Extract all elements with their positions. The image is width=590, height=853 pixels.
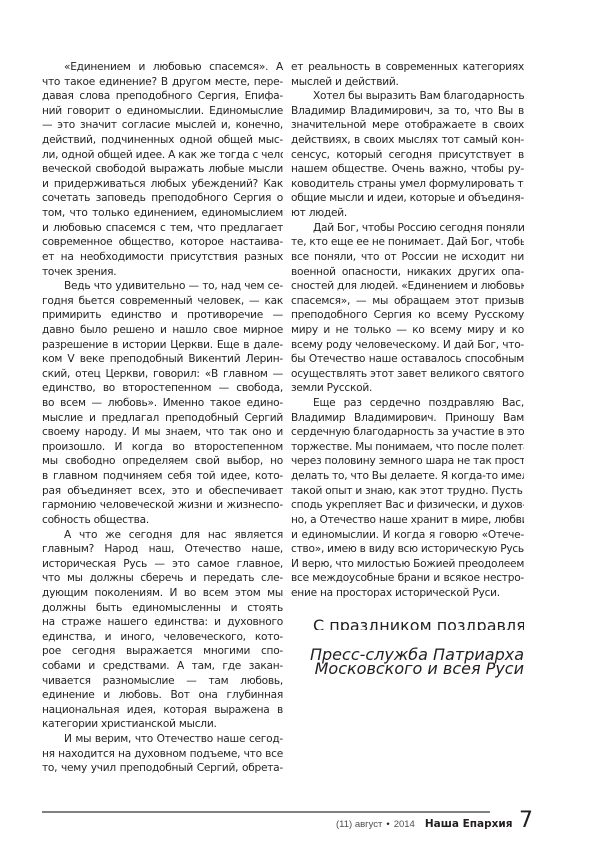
text-line: мыслей и действий.	[291, 75, 524, 90]
text-line: сподь укрепляет Вас и физически, и духов…	[291, 498, 524, 513]
text-line: категории христианской мысли.	[42, 717, 283, 732]
text-line: сностей для людей. «Единением и любовью	[291, 279, 524, 294]
text-line: спасемся», — мы обращаем этот призыв	[291, 294, 524, 309]
text-line: единство, во второстепенном — свобода,	[42, 381, 283, 396]
text-line: всему роду человеческому. И дай Бог, что…	[291, 338, 524, 353]
text-line: национальная идея, которая выражена в	[42, 703, 283, 718]
text-line: давно было решено и нашло свое мирное	[42, 323, 283, 338]
text-line: современное общество, которое настаива-	[42, 235, 283, 250]
text-line: рое сегодня выражается многими спо-	[42, 644, 283, 659]
text-line: ководитель страны умел формулировать те	[291, 177, 524, 192]
text-line: преподобного Сергия ко всему Русскому	[291, 308, 524, 323]
text-line: ют людей.	[291, 206, 524, 221]
text-line: все междоусобные брани и всякое нестро-	[291, 571, 524, 586]
footer-issue: (11) август	[336, 819, 382, 830]
text-line: годня бьется современный человек, — как	[42, 294, 283, 309]
text-line: Хотел бы выразить Вам благодарность,	[291, 89, 524, 104]
text-line: нашем обществе. Очень важно, чтобы ру-	[291, 162, 524, 177]
text-line: во всем — любовь». Именно такое едино-	[42, 396, 283, 411]
text-line: на страже нашего единства: и духовного	[42, 615, 283, 630]
text-line: Ведь что удивительно — то, над чем се-	[42, 279, 283, 294]
text-line: общие мысли и идеи, которые и объединя-	[291, 191, 524, 206]
greeting-line: С праздником поздравляю вас!	[291, 616, 524, 631]
text-line: в главном подчиняем себя той идее, кото-	[42, 469, 283, 484]
text-line: военной опасности, никаких других опа-	[291, 265, 524, 280]
text-line: то, чему учил преподобный Сергий, обрета…	[42, 761, 283, 776]
article-closing: С праздником поздравляю вас! Пресс-служб…	[291, 616, 524, 674]
text-line: Дай Бог, чтобы Россию сегодня поняли	[291, 221, 524, 236]
text-line: сочетать заповедь преподобного Сергия о	[42, 191, 283, 206]
text-line: единение и любовь. Вот она глубинная	[42, 688, 283, 703]
text-line: торжестве. Мы понимаем, что после полета	[291, 440, 524, 455]
text-line: и любовью спасемся с тем, что предлагает	[42, 221, 283, 236]
text-line: гармонию человеческой жизни и жизнеспо-	[42, 498, 283, 513]
text-line: Владимир Владимирович, за то, что Вы в	[291, 104, 524, 119]
text-line: ний говорит о единомыслии. Единомыслие	[42, 104, 283, 119]
text-line: ли, одной общей идее. А как же тогда с ч…	[42, 148, 283, 163]
text-line: ение на просторах исторической Руси.	[291, 586, 524, 601]
text-line: земли Русской.	[291, 381, 524, 396]
spacer	[291, 630, 524, 645]
text-line: делать то, что Вы делаете. Я когда-то им…	[291, 469, 524, 484]
text-line: рая объединяет всех, это и обеспечивает	[42, 484, 283, 499]
signature-line-2: Московского и всея Руси	[291, 659, 524, 674]
text-line: И мы верим, что Отечество наше сегод-	[42, 732, 283, 747]
text-line: осуществлять этот завет великого святого	[291, 367, 524, 382]
text-line: что мы должны сберечь и передать сле-	[42, 571, 283, 586]
footer-rule	[42, 811, 490, 813]
text-line: точек зрения.	[42, 265, 283, 280]
text-line: давая слова преподобного Сергия, Епифа-	[42, 89, 283, 104]
text-line: все поняли, что от России не исходит ни	[291, 250, 524, 265]
text-line: что такое единение? В другом месте, пере…	[42, 75, 283, 90]
text-line: Еще раз сердечно поздравляю Вас,	[291, 396, 524, 411]
text-line: своему народу. И мы знаем, что так оно и	[42, 425, 283, 440]
text-line: историческая Русь — это самое главное,	[42, 557, 283, 572]
text-line: такой опыт и знаю, как этот трудно. Пуст…	[291, 484, 524, 499]
text-line: ет на необходимости присутствия разных	[42, 250, 283, 265]
text-line: ет реальность в современных категориях	[291, 60, 524, 75]
text-line: ский, отец Церкви, говорил: «В главном —	[42, 367, 283, 382]
text-line: единства, и иного, человеческого, кото-	[42, 630, 283, 645]
text-line: действиях, в своих мыслях тот самый кон-	[291, 133, 524, 148]
text-line: веческой свободой выражать любые мысли	[42, 162, 283, 177]
text-line: те, кто еще ее не понимает. Дай Бог, что…	[291, 235, 524, 250]
text-line: собность общества.	[42, 513, 283, 528]
text-line: сердечную благодарность за участие в это…	[291, 425, 524, 440]
footer-issue-info: (11) август•2014Наша Епархия	[336, 818, 513, 830]
text-line: ство», имею в виду всю историческую Русь…	[291, 542, 524, 557]
text-line: и придерживаться любых убеждений? Как	[42, 177, 283, 192]
text-line: ком V веке преподобный Викентий Лерин-	[42, 352, 283, 367]
text-line: Владимир Владимирович. Приношу Вам	[291, 411, 524, 426]
text-line: И верю, что милостью Божией преодолеем	[291, 557, 524, 572]
text-line: действий, подчиненных одной общей мыс-	[42, 133, 283, 148]
text-line: сенсус, который сегодня присутствует в	[291, 148, 524, 163]
article-right-column: ет реальность в современных категорияхмы…	[291, 60, 524, 601]
text-line: мыслие и предлагал преподобный Сергий	[42, 411, 283, 426]
text-line: чивается разномыслие — там любовь,	[42, 674, 283, 689]
text-line: миру и не только — ко всему миру и ко	[291, 323, 524, 338]
text-line: примирить единство и противоречие —	[42, 308, 283, 323]
text-line: значительной мере отображаете в своих	[291, 118, 524, 133]
footer-year: 2014	[394, 819, 415, 830]
bullet-icon: •	[386, 819, 389, 830]
text-line: но, а Отечество наше хранит в мире, любв…	[291, 513, 524, 528]
page-number: 7	[519, 808, 533, 833]
text-line: разрешение в истории Церкви. Еще в дале-	[42, 338, 283, 353]
article-left-column: «Единением и любовью спасемся». Ачто так…	[42, 60, 283, 776]
text-line: том, что только единением, единомыслием	[42, 206, 283, 221]
text-line: должны быть единомысленны и стоять	[42, 601, 283, 616]
text-line: — это значит согласие мыслей и, конечно,	[42, 118, 283, 133]
text-line: главным? Народ наш, Отечество наше,	[42, 542, 283, 557]
magazine-title: Наша Епархия	[425, 818, 513, 830]
text-line: через половину земного шара не так прост…	[291, 454, 524, 469]
text-line: А что же сегодня для нас является	[42, 528, 283, 543]
text-line: ня находится на духовном подъеме, что вс…	[42, 747, 283, 762]
text-line: «Единением и любовью спасемся». А	[42, 60, 283, 75]
text-line: бы Отечество наше оставалось способным	[291, 352, 524, 367]
signature-line-1: Пресс-служба Патриарха	[291, 645, 524, 660]
text-line: произошло. И когда во второстепенном	[42, 440, 283, 455]
text-line: мы свободно определяем свой выбор, но	[42, 454, 283, 469]
text-line: собами и средствами. А там, где закан-	[42, 659, 283, 674]
text-line: дующим поколениям. И во всем этом мы	[42, 586, 283, 601]
text-line: и единомыслии. И когда я говорю «Отече-	[291, 528, 524, 543]
